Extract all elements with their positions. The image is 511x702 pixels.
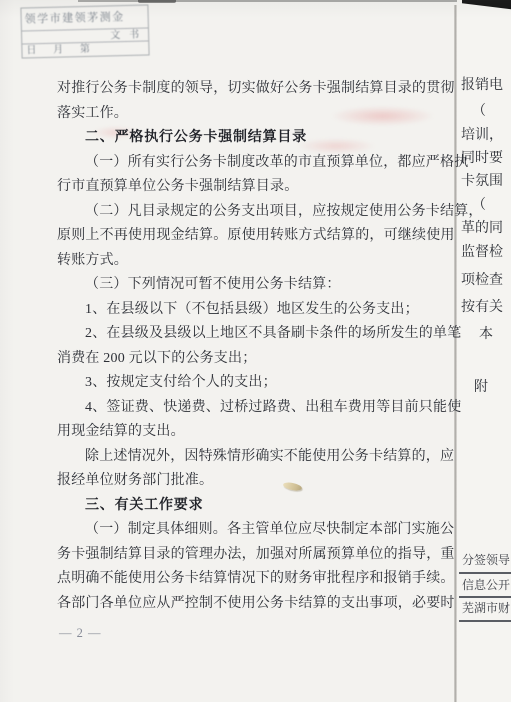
adjacent-footer-line: 分签领导 — [462, 553, 511, 567]
document-line: 用现金结算的支出。 — [57, 420, 451, 445]
document-line: （二）凡目录规定的公务支出项目，应按规定使用公务卡结算， — [57, 200, 451, 225]
stamp-date-row: 日 月 第 — [22, 41, 148, 57]
received-stamp: 领学市建领茅测金 文 书 日 月 第 — [20, 4, 149, 58]
document-body: 对推行公务卡制度的领导，切实做好公务卡强制结算目录的贯彻 落实工作。 二、严格执… — [57, 77, 451, 616]
scan-top-edge — [78, 0, 460, 2]
adjacent-footer-rule — [459, 596, 511, 598]
document-line: 各部门各单位应从严控制不使用公务卡结算的支出事项，必要时 — [57, 592, 451, 617]
document-line: （一）制定具体细则。各主管单位应尽快制定本部门实施公 — [57, 518, 451, 543]
document-line: （一）所有实行公务卡制度改革的市直预算单位，都应严格执 — [57, 151, 451, 176]
adjacent-fragment: 革的同 — [461, 217, 511, 241]
adjacent-fragment: 项检查 — [461, 269, 511, 293]
document-line: 除上述情况外，因特殊情形确实不能使用公务卡结算的，应 — [57, 445, 451, 470]
scanned-page: 领学市建领茅测金 文 书 日 月 第 对推行公务卡制度的领导，切实做好公务卡强制… — [0, 0, 511, 702]
adjacent-fragment: 附 — [474, 376, 511, 400]
adjacent-footer-rule — [459, 572, 511, 574]
document-line: 4、签证费、快递费、过桥过路费、出租车费用等目前只能使 — [57, 396, 451, 421]
document-line: （三）下列情况可暂不使用公务卡结算： — [57, 273, 451, 298]
document-line: 2、在县级及县级以上地区不具备刷卡条件的场所发生的单笔 — [57, 322, 451, 347]
document-line: 原则上不再使用现金结算。原使用转账方式结算的，可继续使用 — [57, 224, 451, 249]
adjacent-fragment: 按有关 — [461, 296, 511, 320]
adjacent-fragment: 本 — [479, 323, 511, 347]
document-line: 点明确不能使用公务卡结算情况下的财务审批程序和报销手续。 — [57, 567, 451, 592]
page-number: — 2 — — [59, 626, 102, 641]
adjacent-footer-line: 信息公开 — [462, 578, 511, 592]
adjacent-fragment: 卡氛围 — [461, 170, 511, 194]
section-heading: 二、严格执行公务卡强制结算目录 — [57, 126, 451, 151]
section-heading: 三、有关工作要求 — [57, 494, 451, 519]
adjacent-fragment: （ — [472, 100, 511, 124]
scan-top-smudge — [138, 0, 176, 3]
adjacent-footer-line: 芜湖市财 — [462, 601, 511, 615]
document-line: 1、在县级以下（不包括县级）地区发生的公务支出； — [57, 298, 451, 323]
document-line: 行市直预算单位公务卡强制结算目录。 — [57, 175, 451, 200]
adjacent-fragment: （ — [472, 194, 511, 218]
adjacent-fragment: 同时要 — [461, 147, 511, 171]
document-line: 3、按规定支付给个人的支出； — [57, 371, 451, 396]
document-line: 务卡强制结算目录的管理办法，加强对所属预算单位的指导，重 — [57, 543, 451, 568]
adjacent-footer-rule — [459, 620, 511, 622]
adjacent-fragment: 培训， — [461, 124, 511, 148]
stamp-title-row: 领学市建领茅测金 — [21, 5, 148, 31]
document-line: 转账方式。 — [57, 249, 451, 274]
document-line: 消费在 200 元以下的公务支出； — [57, 347, 451, 372]
document-line: 落实工作。 — [57, 102, 451, 127]
adjacent-fragment: 报销电 — [461, 74, 511, 98]
document-line: 报经单位财务部门批准。 — [57, 469, 451, 494]
adjacent-fragment: 监督检 — [461, 241, 511, 265]
document-line: 对推行公务卡制度的领导，切实做好公务卡强制结算目录的贯彻 — [57, 77, 451, 102]
